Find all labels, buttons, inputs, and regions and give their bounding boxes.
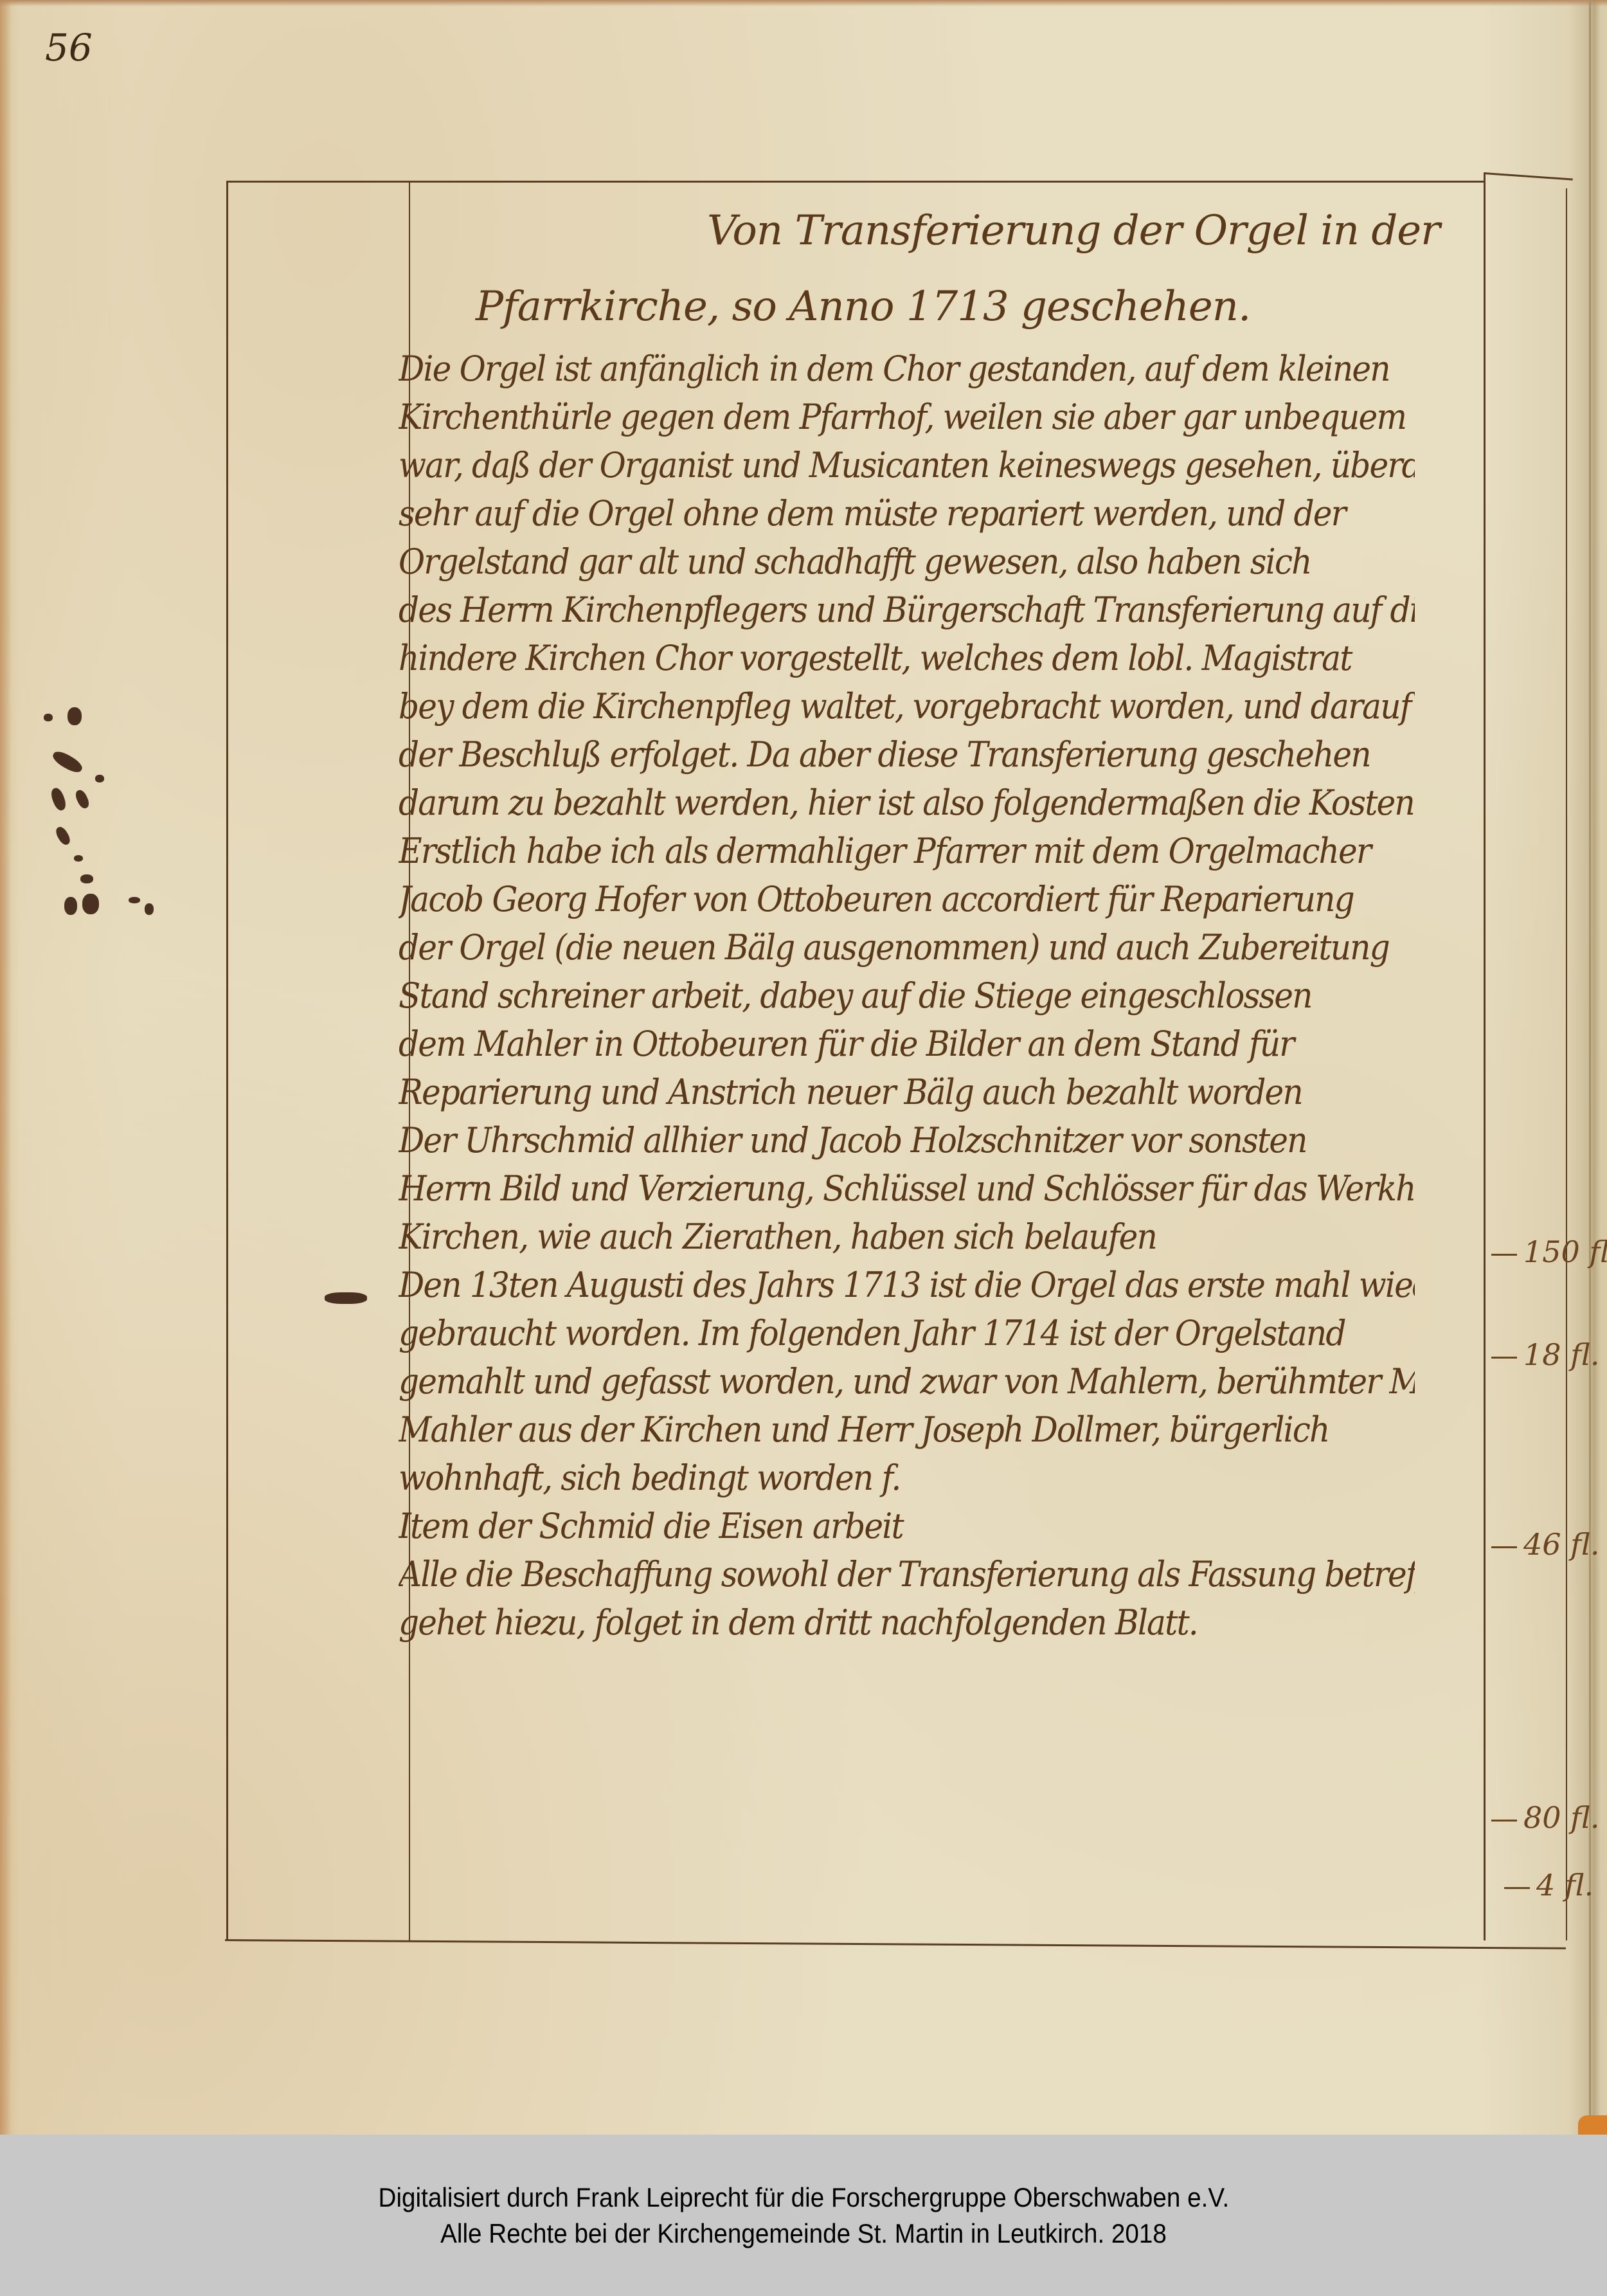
text-line: der Orgel (die neuen Bälg ausgenommen) u… [399,923,1415,972]
text-line: Orgelstand gar alt und schadhafft gewese… [399,538,1415,586]
text-line: wohnhaft, sich bedingt worden f. [399,1454,1415,1502]
text-line: bey dem die Kirchenpfleg waltet, vorgebr… [399,682,1415,730]
text-line: Stand schreiner arbeit, dabey auf die St… [399,972,1415,1020]
frame-rule-left [226,181,228,1940]
frame-rule-bottom [225,1939,1566,1949]
text-line: Mahler aus der Kirchen und Herr Joseph D… [399,1406,1415,1454]
page-edge-shadow [0,0,12,2135]
manuscript-scan: 56 Von Transferierung der Orgel in der P… [0,0,1607,2135]
text-line: Kirchenthürle gegen dem Pfarrhof, weilen… [399,393,1415,441]
text-line: des Herrn Kirchenpflegers und Bürgerscha… [399,586,1415,634]
text-line: gebraucht worden. Im folgenden Jahr 1714… [399,1309,1415,1357]
margin-amount: 46 fl. 55 [1491,1527,1607,1562]
text-line: dem Mahler in Ottobeuren für die Bilder … [399,1020,1415,1068]
text-line: gemahlt und gefasst worden, und zwar von… [399,1357,1415,1406]
frame-rule-far-right [1566,188,1567,1940]
copyright-caption: Digitalisiert durch Frank Leiprecht für … [0,2135,1607,2296]
text-line: Erstlich habe ich als dermahliger Pfarre… [399,827,1415,875]
entry-title-line: Pfarrkirche, so Anno 1713 geschehen. [399,269,1491,345]
page-number: 56 [45,26,93,69]
caption-line-rights: Alle Rechte bei der Kirchengemeinde St. … [440,2216,1167,2252]
text-line: gehet hiezu, folget in dem dritt nachfol… [399,1598,1415,1647]
text-line: war, daß der Organist und Musicanten kei… [399,441,1415,489]
text-line: Reparierung und Anstrich neuer Bälg auch… [399,1068,1415,1116]
frame-rule-top [227,181,1484,183]
text-line: Den 13ten Augusti des Jahrs 1713 ist die… [399,1261,1415,1309]
margin-amount: 80 fl. [1491,1800,1599,1835]
text-line: Jacob Georg Hofer von Ottobeuren accordi… [399,875,1415,923]
caption-line-digitized-by: Digitalisiert durch Frank Leiprecht für … [378,2180,1229,2216]
orange-backdrop-corner [1578,2115,1607,2135]
text-line: Item der Schmid die Eisen arbeit [399,1502,1415,1550]
text-line: Der Uhrschmid allhier und Jacob Holzschn… [399,1116,1415,1164]
margin-amount: 18 fl. 34 [1491,1337,1607,1372]
page-edge-shadow-top [0,0,1607,6]
text-line: Alle die Beschaffung sowohl der Transfer… [399,1550,1415,1598]
text-line: der Beschluß erfolget. Da aber diese Tra… [399,730,1415,779]
entry-title-line: Von Transferierung der Orgel in der [399,193,1491,269]
frame-rule-top-right [1484,172,1573,181]
margin-amount: 150 fl. [1491,1234,1607,1269]
text-line: hindere Kirchen Chor vorgestellt, welche… [399,634,1415,682]
handwritten-entry: Von Transferierung der Orgel in der Pfar… [399,193,1491,1647]
text-line: Die Orgel ist anfänglich in dem Chor ges… [399,345,1415,393]
text-line: sehr auf die Orgel ohne dem müste repari… [399,489,1415,538]
text-line: Kirchen, wie auch Zierathen, haben sich … [399,1213,1415,1261]
text-line: darum zu bezahlt werden, hier ist also f… [399,779,1415,827]
text-line: Herrn Bild und Verzierung, Schlüssel und… [399,1164,1415,1213]
margin-amount: 4 fl. [1504,1868,1594,1903]
